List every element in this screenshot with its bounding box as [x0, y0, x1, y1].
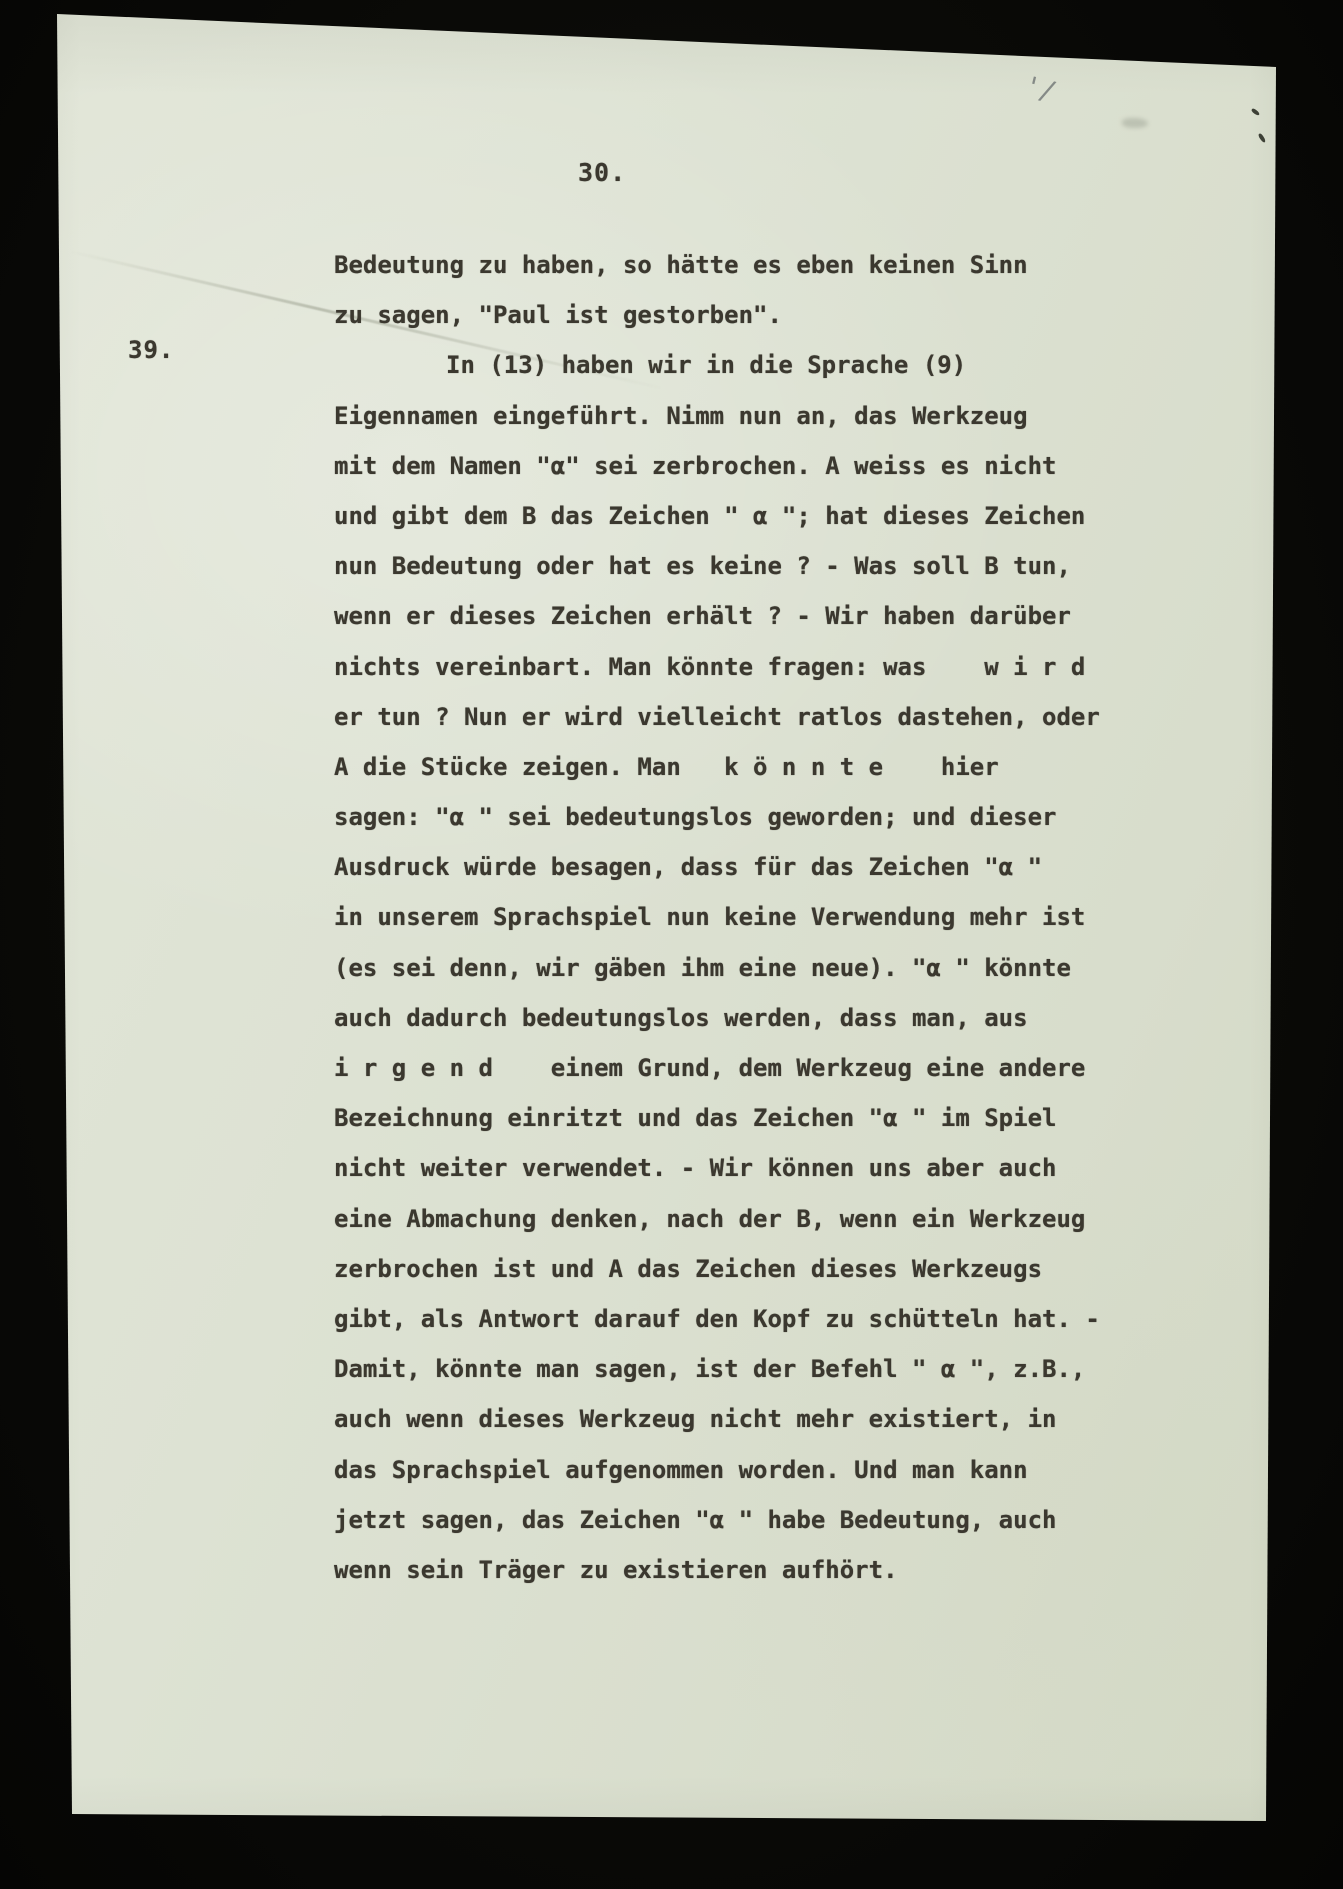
text-line: (es sei denn, wir gäben ihm eine neue). …	[334, 943, 1114, 993]
text-line: er tun ? Nun er wird vielleicht ratlos d…	[334, 692, 1114, 742]
text-line: jetzt sagen, das Zeichen "α " habe Bedeu…	[334, 1495, 1114, 1545]
text-line: in unserem Sprachspiel nun keine Verwend…	[334, 892, 1114, 942]
text-line: wenn er dieses Zeichen erhält ? - Wir ha…	[334, 591, 1114, 641]
text-line: nun Bedeutung oder hat es keine ? - Was …	[334, 541, 1114, 591]
text-line: In (13) haben wir in die Sprache (9)	[334, 340, 1114, 390]
paper-speck	[1251, 108, 1261, 116]
text-line: A die Stücke zeigen. Man k ö n n t e hie…	[334, 742, 1114, 792]
scanned-document: 30. 39. '/ Bedeutung zu haben, so hätte …	[0, 0, 1343, 1889]
text-line: auch wenn dieses Werkzeug nicht mehr exi…	[334, 1394, 1114, 1444]
text-line: nicht weiter verwendet. - Wir können uns…	[334, 1143, 1114, 1193]
text-line: zerbrochen ist und A das Zeichen dieses …	[334, 1244, 1114, 1294]
margin-section-number: 39.	[128, 336, 174, 364]
body-text: Bedeutung zu haben, so hätte es eben kei…	[334, 240, 1114, 1595]
text-line: Bezeichnung einritzt und das Zeichen "α …	[334, 1093, 1114, 1143]
text-line: das Sprachspiel aufgenommen worden. Und …	[334, 1445, 1114, 1495]
text-line: auch dadurch bedeutungslos werden, dass …	[334, 993, 1114, 1043]
text-line: i r g e n d einem Grund, dem Werkzeug ei…	[334, 1043, 1114, 1093]
document-page: 30. 39. '/ Bedeutung zu haben, so hätte …	[0, 0, 1343, 1889]
page-number: 30.	[578, 158, 626, 187]
text-line: sagen: "α " sei bedeutungslos geworden; …	[334, 792, 1114, 842]
text-line: gibt, als Antwort darauf den Kopf zu sch…	[334, 1294, 1114, 1344]
text-line: Damit, könnte man sagen, ist der Befehl …	[334, 1344, 1114, 1394]
text-line: zu sagen, "Paul ist gestorben".	[334, 290, 1114, 340]
text-line: Bedeutung zu haben, so hätte es eben kei…	[334, 240, 1114, 290]
paper-smudge	[1122, 118, 1148, 128]
paper-speck	[1257, 133, 1266, 143]
text-line: und gibt dem B das Zeichen " α "; hat di…	[334, 491, 1114, 541]
text-line: Ausdruck würde besagen, dass für das Zei…	[334, 842, 1114, 892]
text-line: Eigennamen eingeführt. Nimm nun an, das …	[334, 391, 1114, 441]
text-line: eine Abmachung denken, nach der B, wenn …	[334, 1194, 1114, 1244]
handwritten-mark: '/	[1021, 71, 1060, 109]
text-line: mit dem Namen "α" sei zerbrochen. A weis…	[334, 441, 1114, 491]
text-line: nichts vereinbart. Man könnte fragen: wa…	[334, 642, 1114, 692]
text-line: wenn sein Träger zu existieren aufhört.	[334, 1545, 1114, 1595]
